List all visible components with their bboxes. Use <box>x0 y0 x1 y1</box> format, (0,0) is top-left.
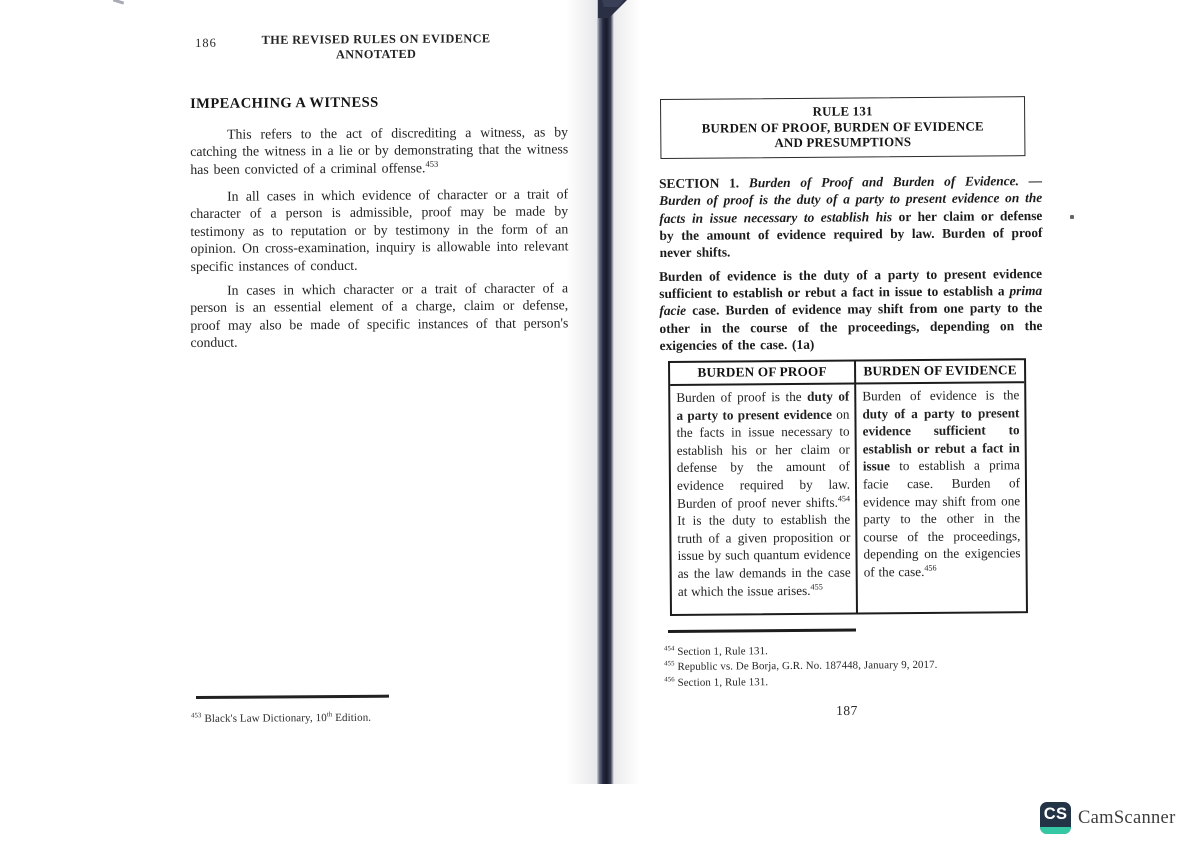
footnote-ref-455: 455 <box>810 582 822 591</box>
footnote-ref: 455 <box>664 661 674 668</box>
cell-text: It is the duty to establish the truth of… <box>677 512 851 599</box>
footnote-separator-left <box>196 695 389 699</box>
book-header-line2: ANNOTATED <box>251 46 501 62</box>
footnote-text: Section 1, Rule 131. <box>677 645 768 658</box>
camscanner-icon-accent-bar <box>1040 827 1071 834</box>
table-header-burden-of-evidence: BURDEN OF EVIDENCE <box>854 360 1024 384</box>
footnote-ref: 453 <box>191 712 202 719</box>
footnote-ref-456: 456 <box>924 563 936 572</box>
table-header-burden-of-proof: BURDEN OF PROOF <box>670 362 854 386</box>
footnote-ref: 456 <box>664 676 674 683</box>
left-paragraph-2: In all cases in which evidence of charac… <box>190 185 569 275</box>
scan-artifact-speck <box>1070 215 1074 219</box>
footnote-text: Black's Law Dictionary, 10 <box>204 712 326 725</box>
footnote-455: 455 Republic vs. De Borja, G.R. No. 1874… <box>664 658 937 675</box>
camscanner-brand-text: CamScanner <box>1078 808 1176 829</box>
spine-shadow-right <box>614 0 640 784</box>
left-paragraph-3: In cases in which character or a trait o… <box>190 279 568 351</box>
footnote-ref-454: 454 <box>838 494 850 503</box>
book-header: THE REVISED RULES ON EVIDENCE ANNOTATED <box>251 31 501 62</box>
book-spine <box>596 0 614 784</box>
footnote-text-tail: Edition. <box>332 712 371 724</box>
spine-top-edge <box>596 0 630 20</box>
scanned-book-spread: 186 THE REVISED RULES ON EVIDENCE ANNOTA… <box>0 0 1200 848</box>
camscanner-icon-letters: CS <box>1044 805 1068 824</box>
footnote-ref: 454 <box>664 645 674 652</box>
camscanner-watermark: CS CamScanner <box>1040 802 1176 834</box>
cell-text: Burden of evidence is the <box>862 387 1019 403</box>
paragraph-text-tail: case. Burden of evidence may shift from … <box>659 300 1042 352</box>
footnote-456: 456 Section 1, Rule 131. <box>664 673 937 690</box>
footnote-text: Section 1, Rule 131. <box>678 676 769 689</box>
left-paragraph-1: This refers to the act of discrediting a… <box>190 123 568 178</box>
table-cell-burden-of-evidence: Burden of evidence is the duty of a part… <box>854 383 1026 612</box>
right-page-number: 187 <box>836 703 858 719</box>
section-1-paragraph: SECTION 1. Burden of Proof and Burden of… <box>659 172 1043 261</box>
right-footnotes: 454 Section 1, Rule 131. 455 Republic vs… <box>664 643 938 691</box>
paragraph-text: This refers to the act of discrediting a… <box>190 124 568 176</box>
table-cell-burden-of-proof: Burden of proof is the duty of a party t… <box>670 385 856 614</box>
footnote-text: Republic vs. De Borja, G.R. No. 187448, … <box>677 659 937 673</box>
spine-shadow-left <box>566 0 596 784</box>
rule-131-title-box: RULE 131 BURDEN OF PROOF, BURDEN OF EVID… <box>660 96 1025 159</box>
burden-of-evidence-paragraph: Burden of evidence is the duty of a part… <box>659 265 1043 354</box>
section-heading-impeaching: IMPEACHING A WITNESS <box>190 95 379 113</box>
left-page-number: 186 <box>195 36 217 51</box>
section-label: SECTION 1. <box>659 175 739 191</box>
footnote-ref-453: 453 <box>425 158 438 168</box>
footnote-separator-right <box>668 629 856 633</box>
comparison-table: BURDEN OF PROOF BURDEN OF EVIDENCE Burde… <box>668 358 1028 616</box>
footnote-453: 453 Black's Law Dictionary, 10th Edition… <box>191 712 371 725</box>
camscanner-icon: CS <box>1040 802 1071 834</box>
rule-title-line2: AND PRESUMPTIONS <box>665 134 1020 152</box>
cell-text: to establish a prima facie case. Burden … <box>863 458 1021 580</box>
paragraph-text: Burden of evidence is the duty of a part… <box>659 266 1042 301</box>
rule-title-line1: BURDEN OF PROOF, BURDEN OF EVIDENCE <box>665 119 1020 137</box>
book-header-line1: THE REVISED RULES ON EVIDENCE <box>251 31 501 47</box>
cell-text: Burden of proof is the <box>676 389 801 405</box>
scan-artifact-tick <box>113 0 124 5</box>
